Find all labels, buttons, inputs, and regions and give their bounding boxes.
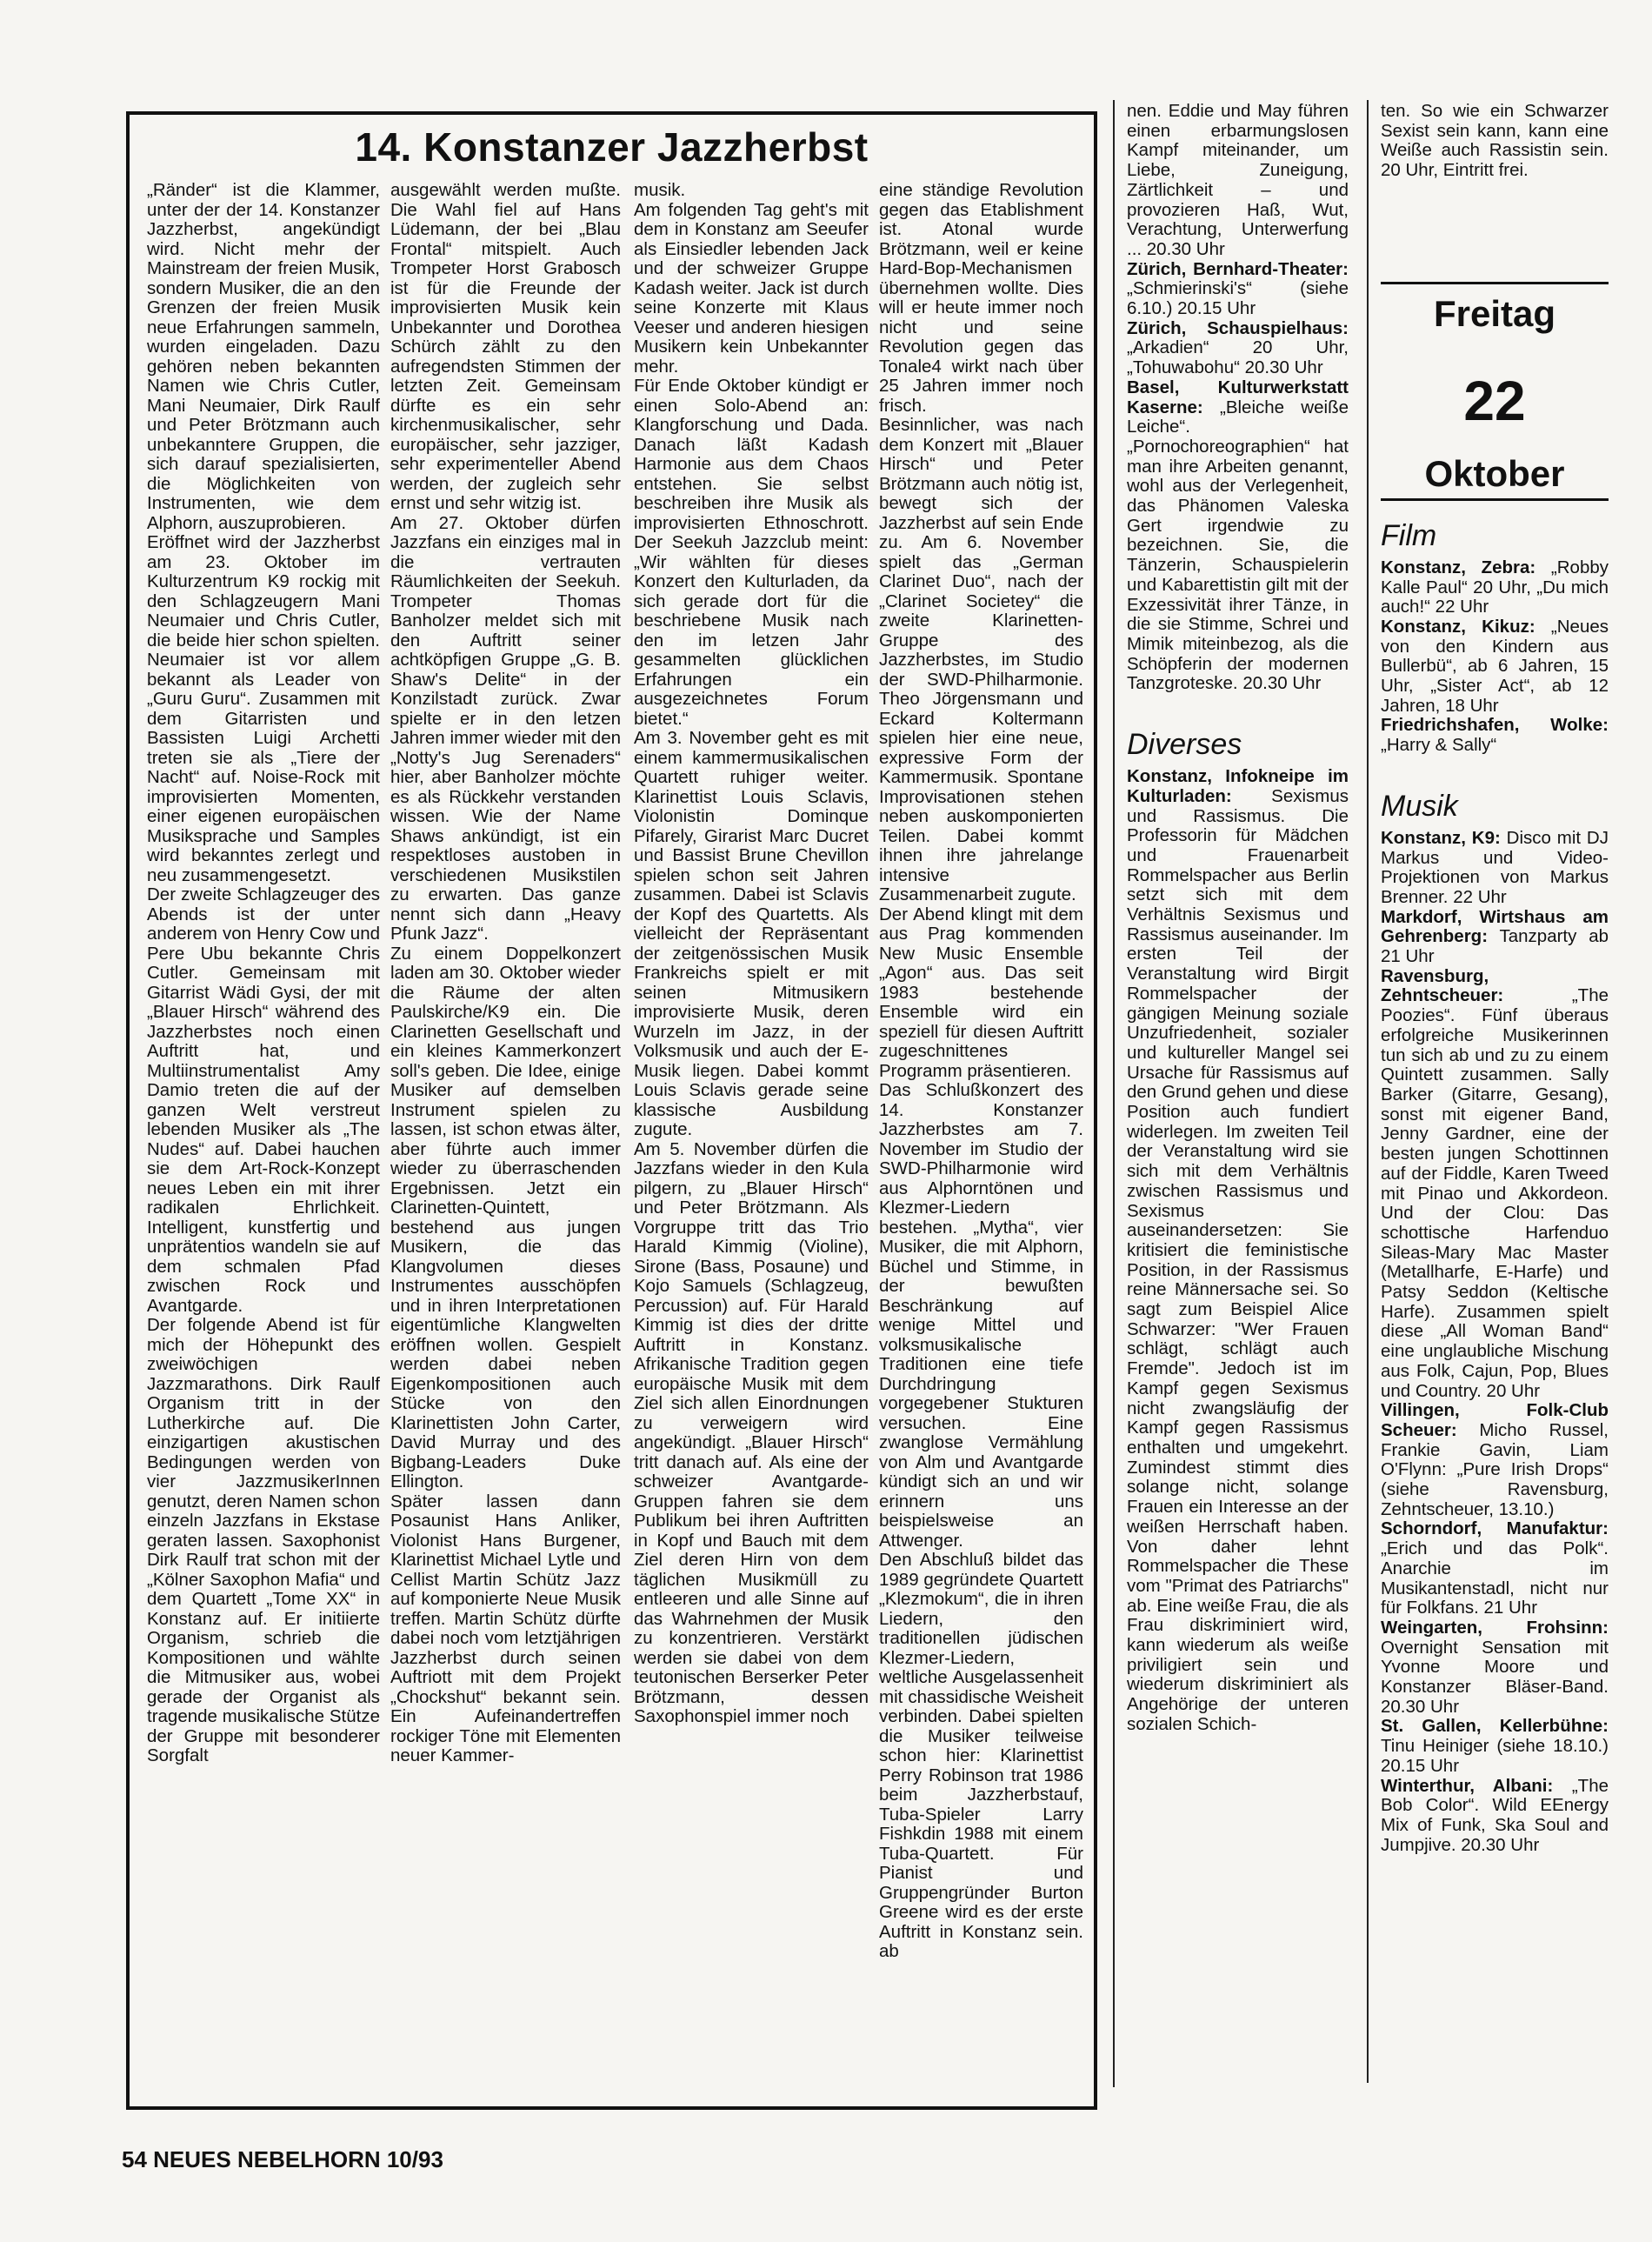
paragraph: Zu einem Doppelkonzert laden am 30. Okto… xyxy=(390,944,621,1492)
article-column-4: eine ständige Revolution gegen das Etabl… xyxy=(879,181,1083,1962)
listing-venue: Zürich, Schauspielhaus: xyxy=(1127,318,1349,338)
listing-text: Sexismus und Rassismus. Die Professorin … xyxy=(1127,786,1349,1734)
paragraph: Am folgenden Tag geht's mit dem in Konst… xyxy=(634,201,869,377)
listing-entry: Markdorf, Wirtshaus am Gehrenberg: Tanzp… xyxy=(1381,908,1609,967)
paragraph: ausgewählt werden mußte. Die Wahl fiel a… xyxy=(390,181,621,514)
listing-entry: Zürich, Schauspielhaus: „Arkadien“ 20 Uh… xyxy=(1127,319,1349,378)
listing-text: Overnight Sensation mit Yvonne Moore und… xyxy=(1381,1638,1609,1717)
paragraph: musik. xyxy=(634,181,869,201)
article-box: 14. Konstanzer Jazzherbst „Ränder“ ist d… xyxy=(126,111,1097,2110)
listing-text: „Harry & Sally“ xyxy=(1381,735,1496,755)
listing-text: „Arkadien“ 20 Uhr, „Tohuwabohu“ 20.30 Uh… xyxy=(1127,337,1349,377)
paragraph: Besinnlicher, was nach dem Konzert mit „… xyxy=(879,416,1083,905)
listing-entry: Winterthur, Albani: „The Bob Color“. Wil… xyxy=(1381,1777,1609,1856)
paragraph: Eröffnet wird der Jazzherbst am 23. Okto… xyxy=(147,533,380,885)
section-heading-film: Film xyxy=(1381,518,1609,553)
listing-entry: Friedrichshafen, Wolke: „Harry & Sally“ xyxy=(1381,716,1609,755)
listing-intro: ten. So wie ein Schwarzer Sexist sein ka… xyxy=(1381,102,1609,181)
listing-entry: Konstanz, Infokneipe im Kulturladen: Sex… xyxy=(1127,767,1349,1734)
paragraph: Am 5. November dürfen die Jazzfans wiede… xyxy=(634,1140,869,1727)
listing-entry: Villingen, Folk-Club Scheuer: Micho Russ… xyxy=(1381,1401,1609,1519)
listing-text: Tinu Heiniger (siehe 18.10.) 20.15 Uhr xyxy=(1381,1736,1609,1776)
listing-entry: St. Gallen, Kellerbühne: Tinu Heiniger (… xyxy=(1381,1717,1609,1776)
listing-venue: Konstanz, Kikuz: xyxy=(1381,617,1535,637)
date-header: Freitag 22 Oktober xyxy=(1381,282,1609,501)
article-column-2: ausgewählt werden mußte. Die Wahl fiel a… xyxy=(390,181,621,1766)
listing-entry: Schorndorf, Manufaktur: „Erich und das P… xyxy=(1381,1519,1609,1618)
paragraph: Der zweite Schlagzeuger des Abends ist d… xyxy=(147,885,380,1316)
listing-entry: Zürich, Bernhard-Theater: „Schmierinski'… xyxy=(1127,260,1349,319)
listings-column-a: nen. Eddie und May führen einen erbarmun… xyxy=(1127,102,1349,1735)
paragraph: Am 27. Oktober dürfen Jazzfans ein einzi… xyxy=(390,514,621,944)
listing-text: „Schmierinski's“ (siehe 6.10.) 20.15 Uhr xyxy=(1127,278,1349,318)
paragraph: Den Abschluß bildet das 1989 gegründete … xyxy=(879,1551,1083,1962)
listing-entry: Basel, Kulturwerkstatt Kaserne: „Bleiche… xyxy=(1127,378,1349,694)
article-column-3: musik. Am folgenden Tag geht's mit dem i… xyxy=(634,181,869,1727)
paragraph: eine ständige Revolution gegen das Etabl… xyxy=(879,181,1083,416)
listing-venue: Konstanz, K9: xyxy=(1381,828,1501,848)
listing-venue: Winterthur, Albani: xyxy=(1381,1776,1553,1796)
listing-venue: Ravensburg, Zehntscheuer: xyxy=(1381,966,1503,1006)
listings-column-b: ten. So wie ein Schwarzer Sexist sein ka… xyxy=(1381,102,1609,1855)
listing-text: „The Poozies“. Fünf überaus erfolgreiche… xyxy=(1381,985,1609,1400)
listing-entry: Konstanz, K9: Disco mit DJ Markus und Vi… xyxy=(1381,829,1609,908)
listing-venue: Schorndorf, Manufaktur: xyxy=(1381,1518,1609,1538)
listing-venue: Friedrichshafen, Wolke: xyxy=(1381,715,1609,735)
section-heading-diverses: Diverses xyxy=(1127,727,1349,762)
paragraph: Der Abend klingt mit dem aus Prag kommen… xyxy=(879,905,1083,1082)
paragraph: Am 3. November geht es mit einem kammerm… xyxy=(634,729,869,1140)
listing-text: „Erich und das Polk“. Anarchie im Musika… xyxy=(1381,1538,1609,1618)
article-title: 14. Konstanzer Jazzherbst xyxy=(130,123,1094,170)
column-divider xyxy=(1367,100,1369,2083)
listing-entry: Ravensburg, Zehntscheuer: „The Poozies“.… xyxy=(1381,967,1609,1401)
paragraph: „Ränder“ ist die Klammer, unter der der … xyxy=(147,181,380,533)
date-month: Oktober xyxy=(1381,450,1609,498)
page-footer: 54 NEUES NEBELHORN 10/93 xyxy=(122,2146,443,2173)
listing-venue: Weingarten, Frohsinn: xyxy=(1381,1618,1609,1638)
date-weekday: Freitag xyxy=(1381,290,1609,338)
article-column-1: „Ränder“ ist die Klammer, unter der der … xyxy=(147,181,380,1766)
listing-entry: Weingarten, Frohsinn: Overnight Sensatio… xyxy=(1381,1618,1609,1718)
paragraph: Der folgende Abend ist für mich der Höhe… xyxy=(147,1316,380,1766)
date-day: 22 xyxy=(1381,357,1609,444)
listing-venue: Konstanz, Zebra: xyxy=(1381,557,1535,577)
listing-text: „Bleiche weiße Leiche“. „Pornochoreograp… xyxy=(1127,397,1349,694)
paragraph: Für Ende Oktober kündigt er einen Solo-A… xyxy=(634,377,869,729)
section-heading-musik: Musik xyxy=(1381,789,1609,824)
listing-entry: Konstanz, Zebra: „Robby Kalle Paul“ 20 U… xyxy=(1381,558,1609,617)
listing-venue: Zürich, Bernhard-Theater: xyxy=(1127,259,1349,279)
column-divider xyxy=(1113,100,1115,2087)
paragraph: Das Schlußkonzert des 14. Konstanzer Jaz… xyxy=(879,1081,1083,1551)
listing-venue: St. Gallen, Kellerbühne: xyxy=(1381,1716,1609,1736)
listing-intro: nen. Eddie und May führen einen erbarmun… xyxy=(1127,102,1349,260)
listing-entry: Konstanz, Kikuz: „Neues von den Kindern … xyxy=(1381,617,1609,717)
paragraph: Später lassen dann Posaunist Hans Anlike… xyxy=(390,1492,621,1766)
